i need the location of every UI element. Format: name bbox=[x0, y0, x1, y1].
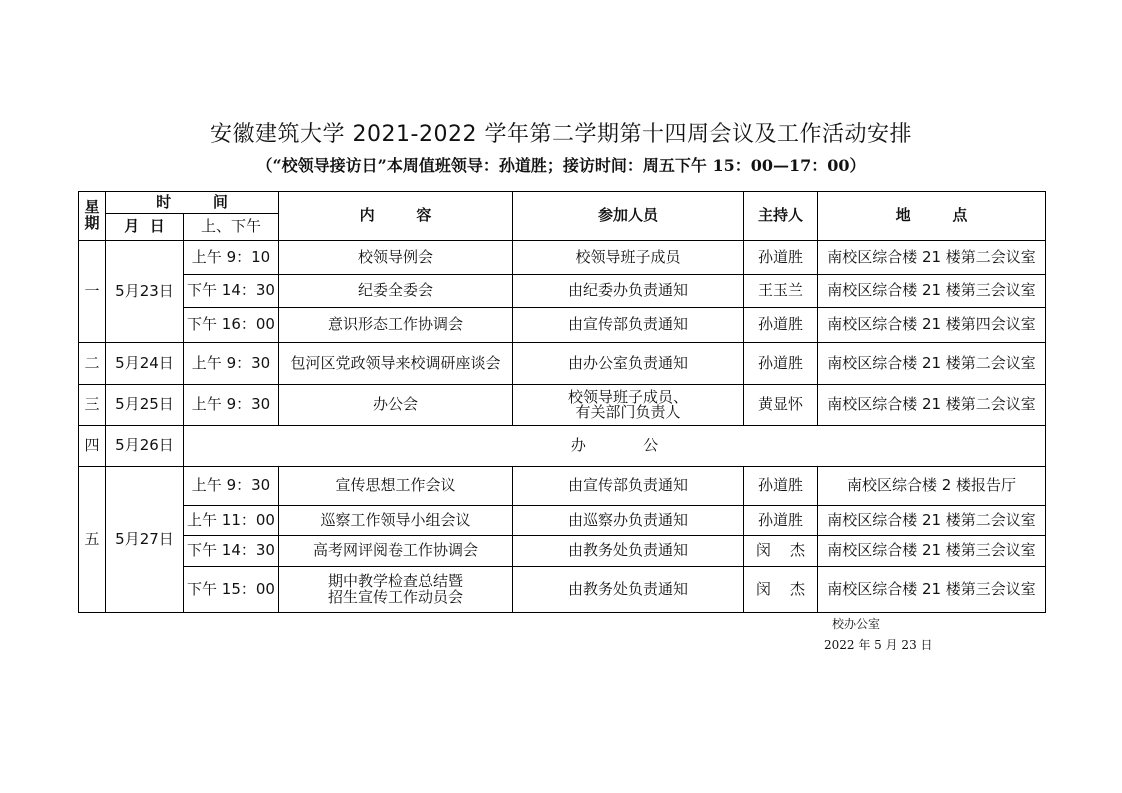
document-subtitle: （“校领导接访日”本周值班领导：孙道胜；接访时间：周五下午 15：00—17：0… bbox=[0, 153, 1122, 176]
table-row: 五 5月27日 上午 9：30 宣传思想工作会议 由宣传部负责通知 孙道胜 南校… bbox=[79, 467, 1046, 506]
content-cell: 宣传思想工作会议 bbox=[279, 467, 513, 506]
content-cell: 高考网评阅卷工作协调会 bbox=[279, 536, 513, 567]
location-cell: 南校区综合楼 21 楼第四会议室 bbox=[818, 308, 1046, 343]
time-cell: 上午 9：30 bbox=[184, 385, 279, 426]
issuing-office: 校办公室 bbox=[832, 615, 880, 632]
document-title: 安徽建筑大学 2021-2022 学年第二学期第十四周会议及工作活动安排 bbox=[0, 117, 1122, 148]
host-cell: 闵 杰 bbox=[744, 567, 818, 613]
header-weekday: 星 期 bbox=[79, 192, 106, 241]
participants-cell: 由纪委办负责通知 bbox=[513, 275, 744, 308]
table-row: 四 5月26日 办 公 bbox=[79, 426, 1046, 467]
date-cell: 5月25日 bbox=[106, 385, 184, 426]
content-cell: 纪委全委会 bbox=[279, 275, 513, 308]
weekday-cell: 五 bbox=[79, 467, 106, 613]
time-cell: 上午 9：30 bbox=[184, 343, 279, 385]
host-cell: 孙道胜 bbox=[744, 467, 818, 506]
participants-cell: 校领导班子成员、 有关部门负责人 bbox=[513, 385, 744, 426]
participants-cell: 由教务处负责通知 bbox=[513, 536, 744, 567]
participants-cell: 由教务处负责通知 bbox=[513, 567, 744, 613]
header-content: 内 容 bbox=[279, 192, 513, 241]
table-row: 下午 15：00 期中教学检查总结暨 招生宣传工作动员会 由教务处负责通知 闵 … bbox=[79, 567, 1046, 613]
header-location: 地 点 bbox=[818, 192, 1046, 241]
issue-date: 2022 年 5 月 23 日 bbox=[824, 636, 933, 653]
schedule-table: 星 期 时 间 内 容 参加人员 主持人 地 点 月 日 上、下午 一 5月23… bbox=[78, 191, 1046, 613]
weekday-cell: 二 bbox=[79, 343, 106, 385]
header-date: 月 日 bbox=[106, 214, 184, 241]
location-cell: 南校区综合楼 21 楼第二会议室 bbox=[818, 506, 1046, 536]
date-cell: 5月26日 bbox=[106, 426, 184, 467]
time-cell: 上午 9：10 bbox=[184, 241, 279, 275]
content-cell: 包河区党政领导来校调研座谈会 bbox=[279, 343, 513, 385]
header-ampm: 上、下午 bbox=[184, 214, 279, 241]
host-cell: 闵 杰 bbox=[744, 536, 818, 567]
participants-cell: 由巡察办负责通知 bbox=[513, 506, 744, 536]
time-cell: 下午 14：30 bbox=[184, 536, 279, 567]
time-cell: 下午 16：00 bbox=[184, 308, 279, 343]
host-cell: 孙道胜 bbox=[744, 308, 818, 343]
participants-cell: 由办公室负责通知 bbox=[513, 343, 744, 385]
participants-cell: 由宣传部负责通知 bbox=[513, 467, 744, 506]
content-cell: 巡察工作领导小组会议 bbox=[279, 506, 513, 536]
location-cell: 南校区综合楼 21 楼第三会议室 bbox=[818, 275, 1046, 308]
location-cell: 南校区综合楼 21 楼第三会议室 bbox=[818, 567, 1046, 613]
participants-cell: 由宣传部负责通知 bbox=[513, 308, 744, 343]
table-row: 二 5月24日 上午 9：30 包河区党政领导来校调研座谈会 由办公室负责通知 … bbox=[79, 343, 1046, 385]
content-cell: 期中教学检查总结暨 招生宣传工作动员会 bbox=[279, 567, 513, 613]
host-cell: 孙道胜 bbox=[744, 241, 818, 275]
location-cell: 南校区综合楼 21 楼第三会议室 bbox=[818, 536, 1046, 567]
header-participants: 参加人员 bbox=[513, 192, 744, 241]
weekday-cell: 四 bbox=[79, 426, 106, 467]
date-cell: 5月23日 bbox=[106, 241, 184, 343]
location-cell: 南校区综合楼 21 楼第二会议室 bbox=[818, 241, 1046, 275]
participants-cell: 校领导班子成员 bbox=[513, 241, 744, 275]
content-cell: 意识形态工作协调会 bbox=[279, 308, 513, 343]
table-row: 下午 14：30 纪委全委会 由纪委办负责通知 王玉兰 南校区综合楼 21 楼第… bbox=[79, 275, 1046, 308]
weekday-cell: 一 bbox=[79, 241, 106, 343]
table-row: 一 5月23日 上午 9：10 校领导例会 校领导班子成员 孙道胜 南校区综合楼… bbox=[79, 241, 1046, 275]
date-cell: 5月24日 bbox=[106, 343, 184, 385]
time-cell: 下午 14：30 bbox=[184, 275, 279, 308]
office-note-cell: 办 公 bbox=[184, 426, 1046, 467]
host-cell: 黄显怀 bbox=[744, 385, 818, 426]
content-cell: 办公会 bbox=[279, 385, 513, 426]
header-host: 主持人 bbox=[744, 192, 818, 241]
header-time: 时 间 bbox=[106, 192, 279, 214]
time-cell: 下午 15：00 bbox=[184, 567, 279, 613]
host-cell: 孙道胜 bbox=[744, 343, 818, 385]
content-cell: 校领导例会 bbox=[279, 241, 513, 275]
host-cell: 孙道胜 bbox=[744, 506, 818, 536]
table-row: 上午 11：00 巡察工作领导小组会议 由巡察办负责通知 孙道胜 南校区综合楼 … bbox=[79, 506, 1046, 536]
time-cell: 上午 9：30 bbox=[184, 467, 279, 506]
host-cell: 王玉兰 bbox=[744, 275, 818, 308]
location-cell: 南校区综合楼 21 楼第二会议室 bbox=[818, 385, 1046, 426]
weekday-cell: 三 bbox=[79, 385, 106, 426]
table-row: 三 5月25日 上午 9：30 办公会 校领导班子成员、 有关部门负责人 黄显怀… bbox=[79, 385, 1046, 426]
table-row: 下午 16：00 意识形态工作协调会 由宣传部负责通知 孙道胜 南校区综合楼 2… bbox=[79, 308, 1046, 343]
table-row: 下午 14：30 高考网评阅卷工作协调会 由教务处负责通知 闵 杰 南校区综合楼… bbox=[79, 536, 1046, 567]
date-cell: 5月27日 bbox=[106, 467, 184, 613]
location-cell: 南校区综合楼 2 楼报告厅 bbox=[818, 467, 1046, 506]
time-cell: 上午 11：00 bbox=[184, 506, 279, 536]
location-cell: 南校区综合楼 21 楼第二会议室 bbox=[818, 343, 1046, 385]
